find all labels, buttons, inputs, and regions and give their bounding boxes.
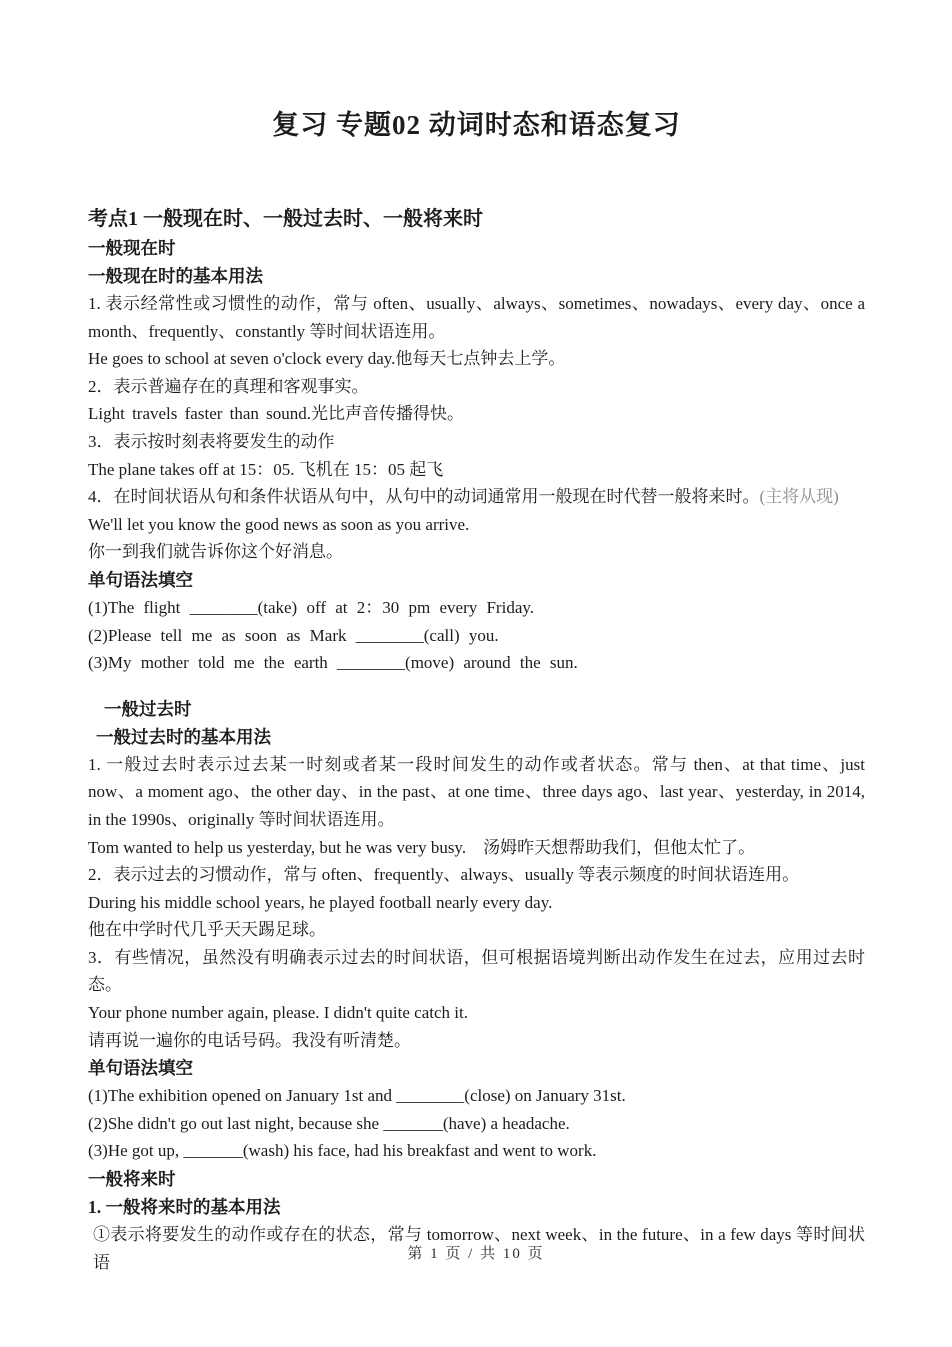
footer-page-number: 第 1 页 / 共 10 页 — [0, 1242, 952, 1263]
quiz-past-item-2: (2)She didn't go out last night, because… — [88, 1110, 865, 1138]
paragraph-past-rule2: 2．表示过去的习惯动作，常与 often、frequently、always、u… — [88, 861, 865, 889]
paragraph-past-rule1: 1. 一般过去时表示过去某一时刻或者某一段时间发生的动作或者状态。常与 then… — [88, 751, 865, 834]
document-page: 复习 专题02 动词时态和语态复习 考点1 一般现在时、一般过去时、一般将来时 … — [0, 0, 952, 1347]
example-past-2-cn: 他在中学时代几乎天天踢足球。 — [88, 916, 865, 944]
paragraph-present-rule2: 2．表示普遍存在的真理和客观事实。 — [88, 373, 865, 401]
page-title: 复习 专题02 动词时态和语态复习 — [88, 0, 865, 142]
example-present-1: He goes to school at seven o'clock every… — [88, 345, 865, 373]
example-present-4-en: We'll let you know the good news as soon… — [88, 511, 865, 539]
subheading-future-tense: 一般将来时 — [88, 1165, 865, 1193]
example-past-1: Tom wanted to help us yesterday, but he … — [88, 834, 865, 862]
paragraph-present-rule3: 3．表示按时刻表将要发生的动作 — [88, 428, 865, 456]
section-heading-kaodian1: 考点1 一般现在时、一般过去时、一般将来时 — [88, 204, 865, 234]
paragraph-present-rule1: 1. 表示经常性或习惯性的动作，常与 often、usually、always、… — [88, 290, 865, 345]
subheading-future-usage: 1. 一般将来时的基本用法 — [88, 1193, 865, 1221]
paragraph-present-rule4-note: (主将从现) — [760, 487, 839, 506]
quiz-past-item-1: (1)The exhibition opened on January 1st … — [88, 1082, 865, 1110]
example-present-4-cn: 你一到我们就告诉你这个好消息。 — [88, 538, 865, 566]
example-past-3-en: Your phone number again, please. I didn'… — [88, 999, 865, 1027]
paragraph-present-rule4-text: 4．在时间状语从句和条件状语从句中，从句中的动词通常用一般现在时代替一般将来时。 — [88, 487, 760, 506]
subheading-past-usage: 一般过去时的基本用法 — [96, 723, 865, 751]
quiz-present-item-2: (2)Please tell me as soon as Mark ______… — [88, 622, 865, 650]
example-present-2: Light travels faster than sound.光比声音传播得快… — [88, 400, 865, 428]
example-past-2-en: During his middle school years, he playe… — [88, 889, 865, 917]
quiz-present-item-3: (3)My mother told me the earth ________(… — [88, 649, 865, 677]
example-past-3-cn: 请再说一遍你的电话号码。我没有听清楚。 — [88, 1027, 865, 1055]
paragraph-present-rule4: 4．在时间状语从句和条件状语从句中，从句中的动词通常用一般现在时代替一般将来时。… — [88, 483, 865, 511]
example-present-3: The plane takes off at 15：05. 飞机在 15：05 … — [88, 456, 865, 484]
subheading-present-usage: 一般现在时的基本用法 — [88, 262, 865, 290]
quiz-present-item-1: (1)The flight ________(take) off at 2：30… — [88, 594, 865, 622]
subheading-past-tense: 一般过去时 — [104, 695, 865, 723]
quiz-heading-present: 单句语法填空 — [88, 566, 865, 594]
paragraph-past-rule3: 3．有些情况，虽然没有明确表示过去的时间状语，但可根据语境判断出动作发生在过去，… — [88, 944, 865, 999]
subheading-present-tense: 一般现在时 — [88, 234, 865, 262]
quiz-heading-past: 单句语法填空 — [88, 1054, 865, 1082]
quiz-past-item-3: (3)He got up, _______(wash) his face, ha… — [88, 1137, 865, 1165]
